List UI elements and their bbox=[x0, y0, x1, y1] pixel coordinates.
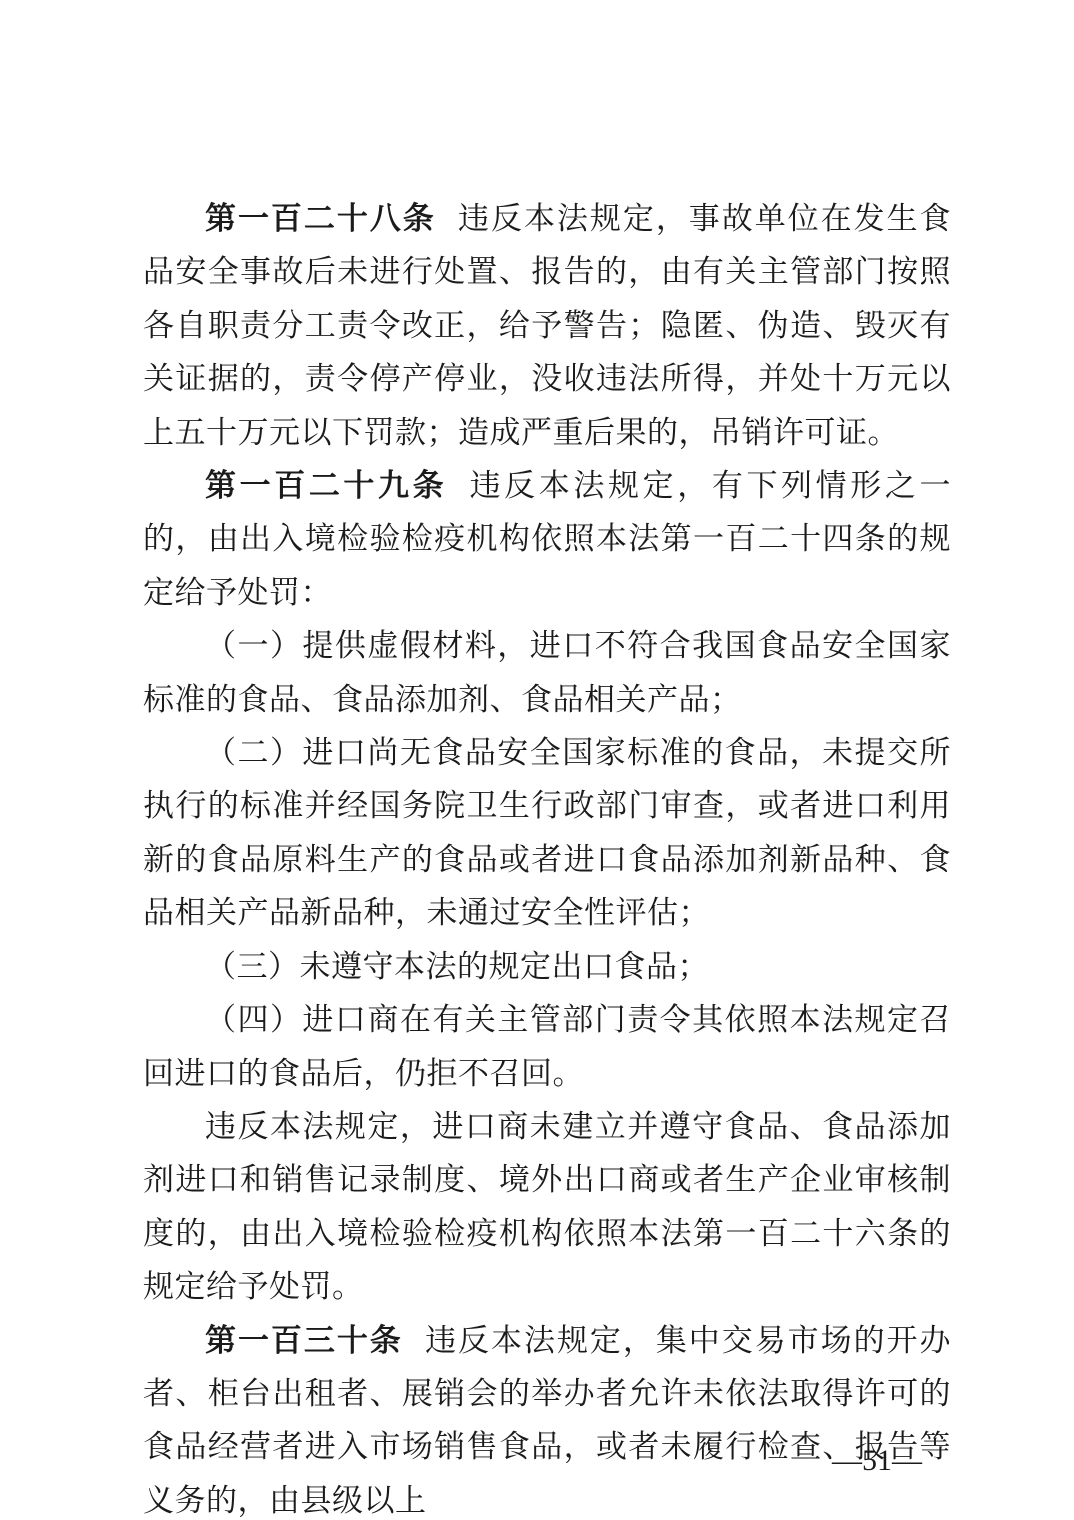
closing-text: 违反本法规定，进口商未建立并遵守食品、食品添加剂进口和销售记录制度、境外出口商或… bbox=[143, 1109, 951, 1304]
article-128-text: 违反本法规定，事故单位在发生食品安全事故后未进行处置、报告的，由有关主管部门按照… bbox=[143, 201, 951, 450]
paragraph-item-3: （三）未遵守本法的规定出口食品； bbox=[143, 940, 951, 993]
item-3-text: （三）未遵守本法的规定出口食品； bbox=[205, 949, 709, 984]
article-129-number: 第一百二十九条 bbox=[205, 468, 447, 503]
law-text-body: 第一百二十八条违反本法规定，事故单位在发生食品安全事故后未进行处置、报告的，由有… bbox=[143, 192, 951, 1520]
article-128-number: 第一百二十八条 bbox=[205, 201, 436, 236]
item-1-text: （一）提供虚假材料，进口不符合我国食品安全国家标准的食品、食品添加剂、食品相关产… bbox=[143, 628, 951, 716]
article-130-number: 第一百三十条 bbox=[205, 1323, 403, 1358]
item-4-text: （四）进口商在有关主管部门责令其依照本法规定召回进口的食品后，仍拒不召回。 bbox=[143, 1002, 951, 1090]
paragraph-article-129-closing: 违反本法规定，进口商未建立并遵守食品、食品添加剂进口和销售记录制度、境外出口商或… bbox=[143, 1100, 951, 1314]
paragraph-item-2: （二）进口尚无食品安全国家标准的食品，未提交所执行的标准并经国务院卫生行政部门审… bbox=[143, 726, 951, 940]
paragraph-article-130: 第一百三十条违反本法规定，集中交易市场的开办者、柜台出租者、展销会的举办者允许未… bbox=[143, 1314, 951, 1520]
paragraph-article-128: 第一百二十八条违反本法规定，事故单位在发生食品安全事故后未进行处置、报告的，由有… bbox=[143, 192, 951, 459]
document-page: 第一百二十八条违反本法规定，事故单位在发生食品安全事故后未进行处置、报告的，由有… bbox=[0, 0, 1074, 1520]
paragraph-item-1: （一）提供虚假材料，进口不符合我国食品安全国家标准的食品、食品添加剂、食品相关产… bbox=[143, 619, 951, 726]
page-number: —51— bbox=[832, 1444, 922, 1478]
item-2-text: （二）进口尚无食品安全国家标准的食品，未提交所执行的标准并经国务院卫生行政部门审… bbox=[143, 735, 951, 930]
paragraph-article-129: 第一百二十九条违反本法规定，有下列情形之一的，由出入境检验检疫机构依照本法第一百… bbox=[143, 459, 951, 619]
paragraph-item-4: （四）进口商在有关主管部门责令其依照本法规定召回进口的食品后，仍拒不召回。 bbox=[143, 993, 951, 1100]
